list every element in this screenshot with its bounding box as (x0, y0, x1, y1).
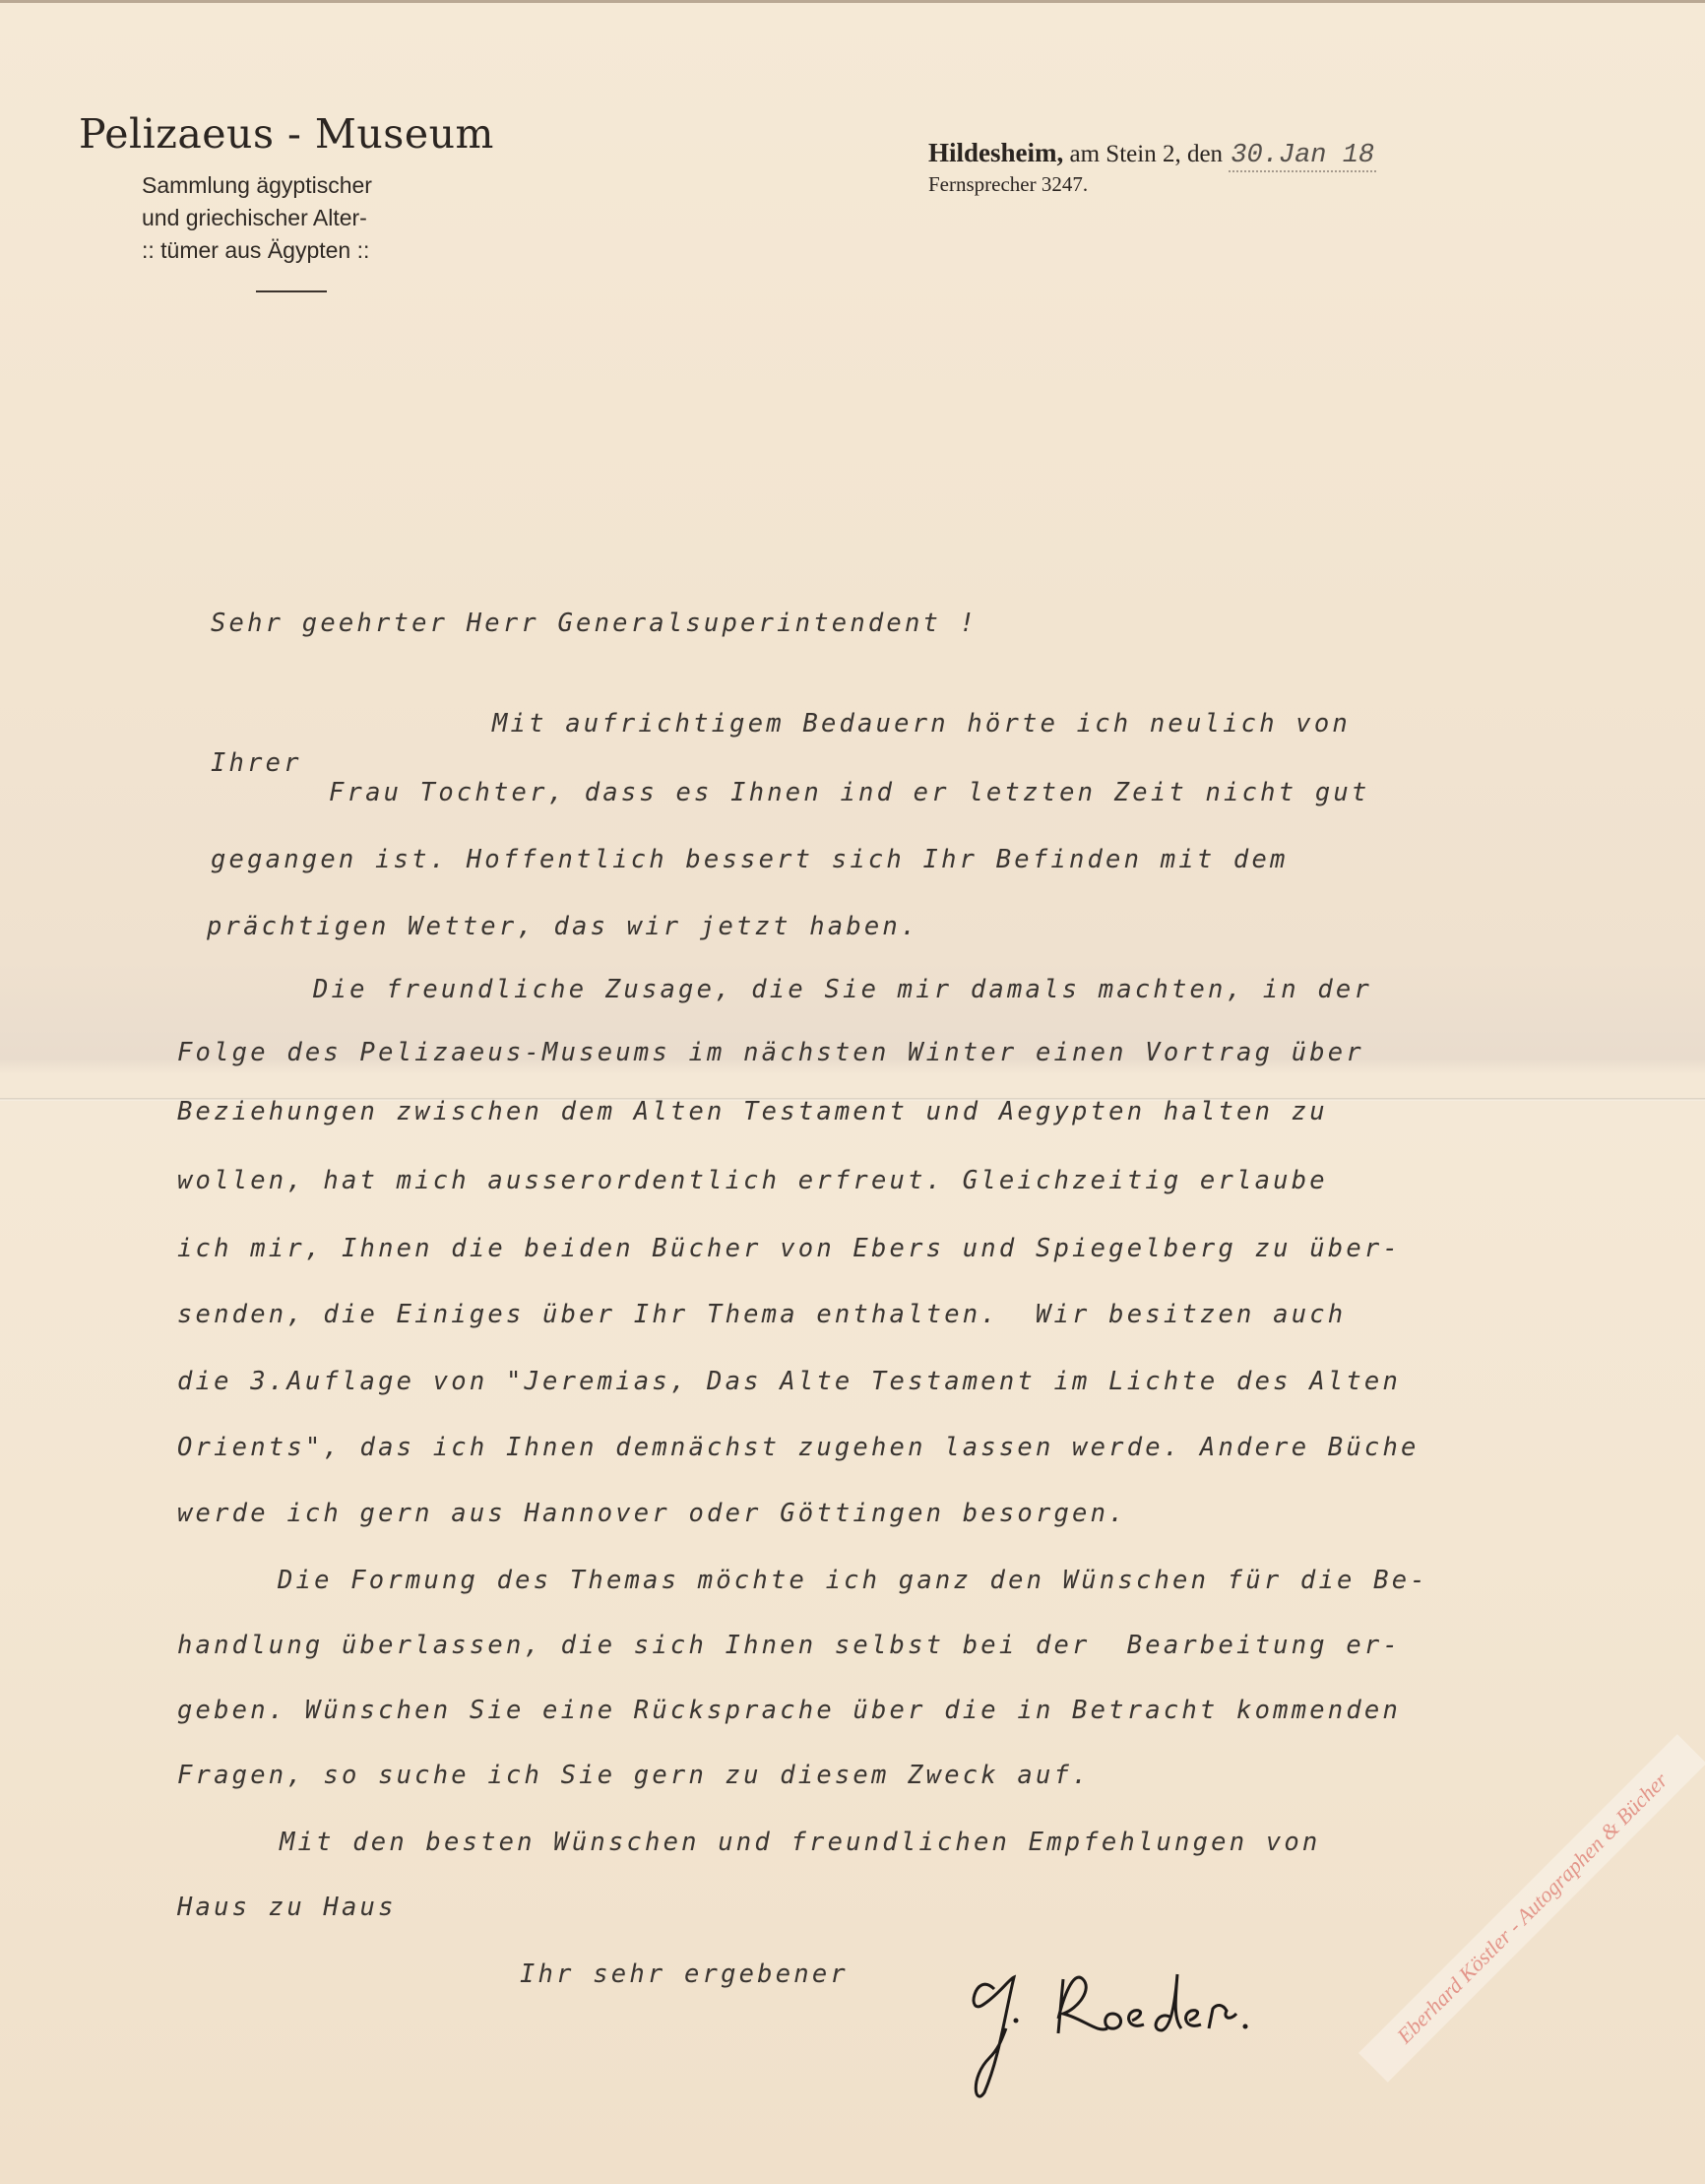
page-top-edge (0, 0, 1705, 3)
letter-date: 30.Jan 18 (1229, 141, 1376, 172)
body-line: Ihrer (211, 748, 302, 778)
body-line: Die Formung des Themas möchte ich ganz d… (278, 1566, 1428, 1595)
place-date-line: Hildesheim, am Stein 2, den 30.Jan 18 (928, 138, 1376, 170)
dealer-watermark: Eberhard Köstler - Autographen & Bücher (1358, 1734, 1705, 2082)
museum-description-line: :: tümer aus Ägypten :: (142, 234, 494, 267)
body-line: gegangen ist. Hoffentlich bessert sich I… (211, 845, 1289, 874)
phone-number: Fernsprecher 3247. (928, 172, 1376, 197)
body-line: Mit aufrichtigem Bedauern hörte ich neul… (492, 709, 1351, 739)
letter-page: Pelizaeus - Museum Sammlung ägyptischer … (0, 0, 1705, 2184)
museum-description: Sammlung ägyptischer und griechischer Al… (142, 169, 494, 267)
museum-name: Pelizaeus - Museum (79, 110, 494, 158)
closing: Ihr sehr ergebener (520, 1959, 849, 1989)
body-line: Beziehungen zwischen dem Alten Testament… (177, 1097, 1328, 1126)
body-line: wollen, hat mich ausserordentlich erfreu… (177, 1166, 1328, 1195)
body-line: prächtigen Wetter, das wir jetzt haben. (207, 912, 919, 941)
body-line: Fragen, so suche ich Sie gern zu diesem … (177, 1761, 1091, 1790)
body-line: Haus zu Haus (177, 1893, 397, 1922)
body-line: Mit den besten Wünschen und freundlichen… (280, 1828, 1320, 1857)
body-line: Die freundliche Zusage, die Sie mir dama… (313, 975, 1372, 1004)
body-line: senden, die Einiges über Ihr Thema entha… (177, 1300, 1346, 1329)
body-line: geben. Wünschen Sie eine Rücksprache übe… (177, 1696, 1401, 1725)
letterhead-rule (256, 290, 327, 292)
body-line: handlung überlassen, die sich Ihnen selb… (177, 1631, 1401, 1660)
body-line: werde ich gern aus Hannover oder Götting… (177, 1499, 1127, 1528)
body-line: die 3.Auflage von "Jeremias, Das Alte Te… (177, 1367, 1401, 1396)
address: am Stein 2, den (1063, 141, 1229, 167)
handwritten-signature (965, 1959, 1358, 2107)
place-date-block: Hildesheim, am Stein 2, den 30.Jan 18 Fe… (928, 138, 1376, 197)
museum-description-line: Sammlung ägyptischer (142, 169, 494, 202)
body-line: Frau Tochter, dass es Ihnen ind er letzt… (329, 778, 1369, 807)
letterhead: Pelizaeus - Museum Sammlung ägyptischer … (79, 110, 494, 292)
body-line: Orients", das ich Ihnen demnächst zugehe… (177, 1433, 1420, 1462)
body-line: Folge des Pelizaeus-Museums im nächsten … (177, 1038, 1364, 1067)
body-line: ich mir, Ihnen die beiden Bücher von Ebe… (177, 1234, 1401, 1263)
museum-description-line: und griechischer Alter- (142, 202, 494, 234)
city: Hildesheim, (928, 138, 1063, 167)
salutation: Sehr geehrter Herr Generalsuperintendent… (211, 609, 978, 638)
